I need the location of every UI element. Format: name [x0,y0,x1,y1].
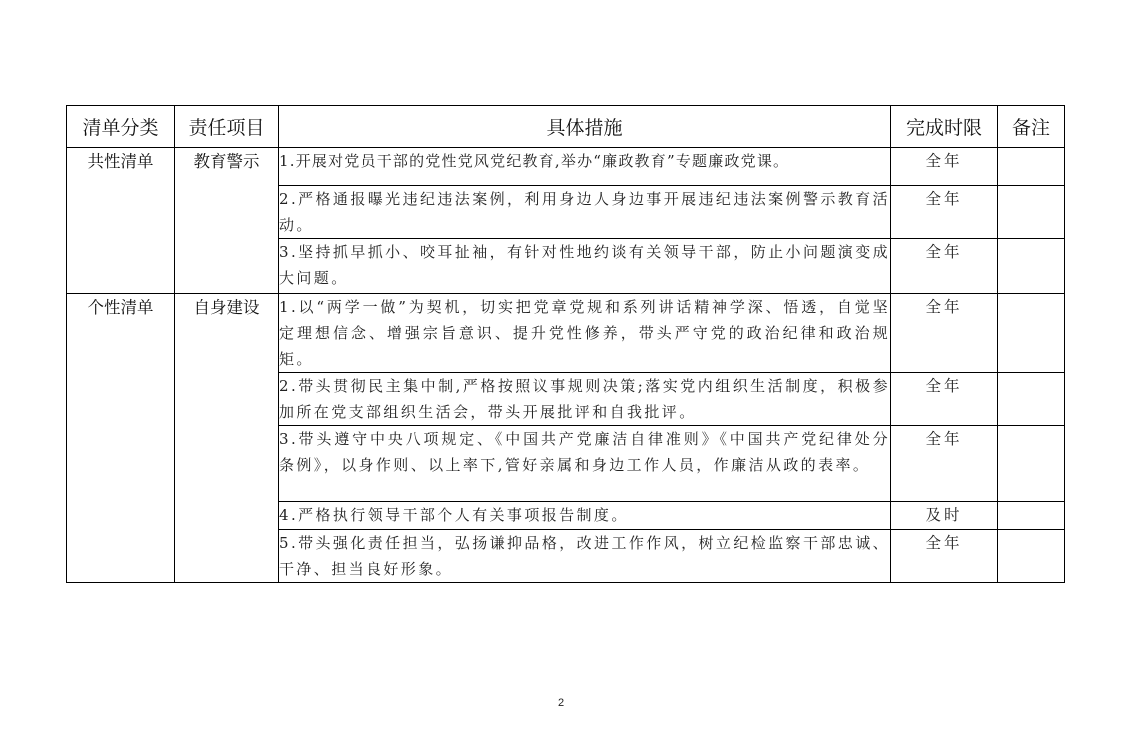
note-cell [998,294,1065,373]
measure-cell: 1.开展对党员干部的党性党风党纪教育,举办“廉政教育”专题廉政党课。 [279,148,891,186]
item-cell: 自身建设 [175,294,279,583]
header-deadline: 完成时限 [891,106,998,148]
page-number: 2 [541,697,581,709]
deadline-cell: 全年 [891,530,998,583]
item-cell: 教育警示 [175,148,279,294]
note-cell [998,186,1065,239]
note-cell [998,530,1065,583]
measure-cell: 5.带头强化责任担当，弘扬谦抑品格，改进工作作风，树立纪检监察干部忠诚、干净、担… [279,530,891,583]
header-measures: 具体措施 [279,106,891,148]
header-category: 清单分类 [67,106,175,148]
note-cell [998,239,1065,294]
deadline-cell: 全年 [891,426,998,502]
measure-cell: 4.严格执行领导干部个人有关事项报告制度。 [279,502,891,530]
responsibility-list-table: 清单分类 责任项目 具体措施 完成时限 备注 共性清单 教育警示 1.开展对党员… [66,105,1065,583]
deadline-cell: 全年 [891,373,998,426]
measure-cell: 1.以“两学一做”为契机，切实把党章党规和系列讲话精神学深、悟透，自觉坚定理想信… [279,294,891,373]
table-header-row: 清单分类 责任项目 具体措施 完成时限 备注 [67,106,1065,148]
measure-cell: 3.坚持抓早抓小、咬耳扯袖，有针对性地约谈有关领导干部，防止小问题演变成大问题。 [279,239,891,294]
measure-cell: 2.严格通报曝光违纪违法案例，利用身边人身边事开展违纪违法案例警示教育活动。 [279,186,891,239]
note-cell [998,148,1065,186]
measure-cell: 2.带头贯彻民主集中制,严格按照议事规则决策;落实党内组织生活制度，积极参加所在… [279,373,891,426]
note-cell [998,426,1065,502]
note-cell [998,502,1065,530]
category-cell: 共性清单 [67,148,175,294]
note-cell [998,373,1065,426]
header-notes: 备注 [998,106,1065,148]
deadline-cell: 及时 [891,502,998,530]
deadline-cell: 全年 [891,186,998,239]
measure-cell: 3.带头遵守中央八项规定、《中国共产党廉洁自律准则》《中国共产党纪律处分条例》，… [279,426,891,502]
deadline-cell: 全年 [891,239,998,294]
table-row: 个性清单 自身建设 1.以“两学一做”为契机，切实把党章党规和系列讲话精神学深、… [67,294,1065,373]
category-cell: 个性清单 [67,294,175,583]
table-row: 共性清单 教育警示 1.开展对党员干部的党性党风党纪教育,举办“廉政教育”专题廉… [67,148,1065,186]
deadline-cell: 全年 [891,148,998,186]
deadline-cell: 全年 [891,294,998,373]
header-item: 责任项目 [175,106,279,148]
document-page: 清单分类 责任项目 具体措施 完成时限 备注 共性清单 教育警示 1.开展对党员… [0,0,1122,733]
